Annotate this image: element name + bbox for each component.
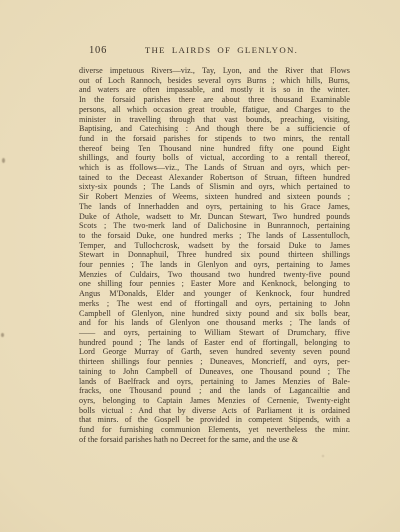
text-line: sixty-six pounds ; The Lands of Slismin …	[79, 182, 350, 192]
text-line: which is as ffollows—viz., The Lands of …	[79, 163, 350, 173]
text-line: tained to the Deceast Alexander Robertso…	[79, 173, 350, 183]
text-line: fracks, one Thousand pound ; and the lan…	[79, 386, 350, 396]
page-header: 106 THE LAIRDS OF GLENLYON.	[79, 45, 350, 59]
text-line: that minrs. of the Gospell be provided i…	[79, 415, 350, 425]
text-line: of the forsaid parishes hath no Decreet …	[79, 435, 350, 445]
page-number: 106	[89, 45, 107, 56]
text-line: The lands of Innerhadden and oyrs, perta…	[79, 202, 350, 212]
text-line: thirteen shillings four pennies ; Duneav…	[79, 357, 350, 367]
text-line: lands of Baelfrack and oyrs, pertaining …	[79, 377, 350, 387]
scan-speck	[1, 333, 4, 337]
text-line: Sir Robert Menzies of Weems, sixteen hun…	[79, 192, 350, 202]
text-line: hundred pound ; The lands of Easter end …	[79, 338, 350, 348]
text-line: taining to John Campbell of Duneaves, on…	[79, 367, 350, 377]
text-line: Campbell of Glenlyon, nine hundred sixty…	[79, 309, 350, 319]
text-line: Lord George Murray of Garth, seven hundr…	[79, 347, 350, 357]
text-line: Angus M'Donalds, Elder and younger of Ke…	[79, 289, 350, 299]
text-line: and for his lands of Glenlyon one thousa…	[79, 318, 350, 328]
running-title: THE LAIRDS OF GLENLYON.	[79, 45, 350, 55]
text-line: Menzies of Culdairs, Two thousand two hu…	[79, 270, 350, 280]
text-line: —— and oyrs, pertaining to William Stewa…	[79, 328, 350, 338]
text-line: Scots ; The two-merk land of Dalichosine…	[79, 221, 350, 231]
text-line: fund in the forsaid parishes for stipend…	[79, 134, 350, 144]
text-line: persons, all which occasion great troubl…	[79, 105, 350, 115]
scan-speck	[322, 455, 324, 457]
text-line: Stewart in Donnaphuil, Three hundred six…	[79, 250, 350, 260]
text-line: Duke of Athole, wadsett to Mr. Duncan St…	[79, 212, 350, 222]
text-line: and waters are often impassable, and mos…	[79, 85, 350, 95]
text-line: four pennies ; The lands in Glenlyon and…	[79, 260, 350, 270]
text-line: In the forsaid parishes there are about …	[79, 95, 350, 105]
text-line: oyrs, belonging to Captain James Menzies…	[79, 396, 350, 406]
text-line: merks ; The west end of ffortingall and …	[79, 299, 350, 309]
text-line: thereof being Ten Thousand nine hundred …	[79, 144, 350, 154]
text-line: to the forsaid Duke, one hundred merks ;…	[79, 231, 350, 241]
body-text: diverse impetuous Rivers—viz., Tay, Lyon…	[79, 66, 350, 444]
text-line: diverse impetuous Rivers—viz., Tay, Lyon…	[79, 66, 350, 76]
text-line: Temper, and Tullochcrosk, wadsett by the…	[79, 241, 350, 251]
text-line: fund for furnishing communion Elements, …	[79, 425, 350, 435]
text-line: minister in travelling through that vast…	[79, 115, 350, 125]
text-line: one shilling four pennies ; Easter More …	[79, 279, 350, 289]
text-line: shillings, and fourty bolls of victual, …	[79, 153, 350, 163]
text-line: out of Loch Rannoch, besides several oyr…	[79, 76, 350, 86]
text-line: bolls victual : And that by diverse Acts…	[79, 406, 350, 416]
scan-speck	[2, 158, 5, 163]
book-page: 106 THE LAIRDS OF GLENLYON. diverse impe…	[0, 0, 400, 532]
text-line: Baptising, and Catechising : And though …	[79, 124, 350, 134]
